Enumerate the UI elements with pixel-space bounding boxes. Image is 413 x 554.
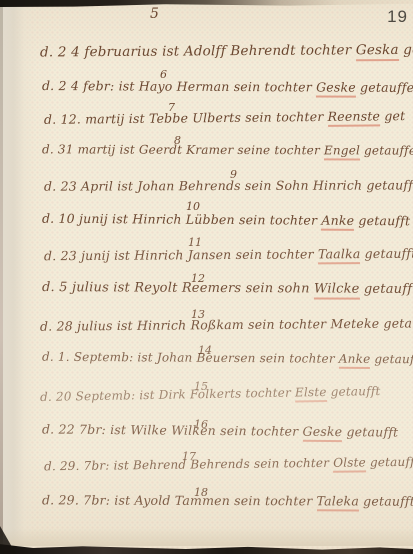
page-top-edge (0, 0, 413, 7)
register-entry-line: d. 31 martij ist Geerdt Kramer seine toc… (42, 142, 413, 157)
entry-text-before: d. 28 julius ist Hinrich Roßkam sein toc… (40, 316, 331, 334)
entry-number-superscript: 8 (174, 134, 181, 147)
entry-text-before: d. 22 7br: ist Wilke Wilken sein tochter (42, 421, 303, 438)
entry-text-before: d. 2 4 februarius ist Adolff Behrendt to… (40, 42, 356, 60)
entry-text-before: d. 29. 7br: ist Ayold Tammen sein tochte… (42, 492, 317, 508)
register-entry-line: d. 29. 7br: ist Ayold Tammen sein tochte… (42, 492, 413, 508)
register-entry-line: d. 23 junij ist Hinrich Jansen sein toch… (44, 246, 413, 264)
baptized-name: Geska (356, 42, 399, 61)
entry-text-after: getaufft (370, 352, 413, 366)
baptized-name: Engel (324, 143, 360, 160)
entry-text-after: getaufft (360, 246, 413, 261)
entry-text-after: getauffet (399, 42, 413, 58)
entry-text-before: d. 1. Septemb: ist Johan Beuersen sein t… (42, 350, 339, 366)
entry-text-after: getauffet (356, 80, 413, 95)
baptized-name: Taalka (318, 246, 361, 264)
entry-text-before: d. 5 julius ist Reyolt Reemers sein sohn (42, 280, 314, 296)
register-entry-line: d. 22 7br: ist Wilke Wilken sein tochter… (42, 421, 398, 439)
baptized-name: Hinrich (313, 178, 362, 193)
entry-number-superscript: 6 (160, 68, 167, 81)
entry-text-before: d. 12. martij ist Tebbe Ulberts sein toc… (44, 109, 328, 127)
entry-text-before: d. 10 junij ist Hinrich Lübben sein toch… (42, 211, 321, 228)
register-entry-line: d. 12. martij ist Tebbe Ulberts sein toc… (44, 108, 405, 127)
entry-text-after: getaufft (360, 282, 413, 297)
entry-text-before: d. 20 Septemb: ist Dirk Folkerts tochter (40, 386, 295, 404)
entry-text-before: d. 23 junij ist Hinrich Jansen sein toch… (44, 246, 318, 263)
baptized-name: Wilcke (314, 281, 360, 299)
entry-number-superscript: 16 (194, 418, 208, 431)
manuscript-photo: { "page": { "folio_number": "19", "descr… (0, 0, 413, 554)
entry-number-superscript: 9 (230, 168, 237, 181)
entry-number-superscript: 17 (182, 450, 196, 463)
entry-text-before: d. 31 martij ist Geerdt Kramer seine toc… (42, 142, 324, 157)
entry-number-superscript: 14 (198, 344, 212, 357)
baptized-name: Geske (302, 424, 342, 442)
entry-text-after: get (380, 108, 405, 123)
register-entry-line: d. 1. Septemb: ist Johan Beuersen sein t… (42, 350, 413, 367)
baptized-name: Elste (295, 385, 327, 403)
register-entry-line: d. 29. 7br: ist Behrend Behrends sein to… (44, 455, 413, 474)
register-entry-line: d. 10 junij ist Hinrich Lübben sein toch… (42, 211, 410, 229)
register-entry-line: d. 23 April ist Johan Behrends sein Sohn… (44, 177, 413, 193)
register-entry-line: d. 20 Septemb: ist Dirk Folkerts tochter… (40, 384, 381, 404)
entry-number-superscript: 11 (188, 236, 202, 249)
register-entry-line: d. 2 4 februarius ist Adolff Behrendt to… (40, 42, 413, 61)
baptized-name: Anke (339, 352, 371, 369)
entry-text-after: getaufft (379, 315, 413, 330)
entry-text-after: getauffet (366, 455, 413, 470)
baptized-name: Meteke (330, 316, 379, 331)
register-entry-line: d. 2 4 febr: ist Hayo Herman sein tochte… (42, 78, 413, 95)
entry-number-superscript: 7 (168, 101, 175, 114)
baptized-name: Taleka (317, 493, 360, 511)
page-bottom-shading (0, 528, 413, 546)
entry-text-after: getaufft (327, 384, 381, 399)
entry-text-before: d. 23 April ist Johan Behrends sein Sohn (44, 178, 313, 194)
baptized-name: Olste (333, 455, 366, 472)
entry-number-superscript: 10 (186, 200, 200, 213)
entry-text-after: getaufft (359, 493, 413, 508)
entry-number-superscript: 18 (194, 486, 208, 499)
entry-text-after: getauffet (362, 177, 413, 192)
register-entry-line: d. 28 julius ist Hinrich Roßkam sein toc… (40, 315, 413, 333)
baptized-name: Geske (316, 79, 356, 97)
entry-number-superscript: 15 (194, 380, 208, 393)
baptized-name: Anke (321, 213, 354, 231)
entry-text-after: getaufft (354, 213, 410, 228)
entry-text-after: getauffet (360, 143, 413, 157)
entry-number-superscript: 13 (191, 308, 205, 321)
entry-text-after: getaufft (342, 424, 398, 439)
entry-number-superscript: 5 (150, 6, 159, 22)
page-left-edge (0, 0, 36, 554)
entry-number-superscript: 12 (191, 272, 205, 285)
folio-number: 19 (387, 7, 408, 27)
manuscript-page: 19 d. 2 4 februarius ist Adolff Behrendt… (0, 0, 413, 554)
page-left-edge-line (0, 0, 3, 554)
entry-text-before: d. 2 4 febr: ist Hayo Herman sein tochte… (42, 78, 316, 94)
baptized-name: Reenste (328, 108, 381, 127)
register-entry-line: d. 5 julius ist Reyolt Reemers sein sohn… (42, 280, 413, 297)
